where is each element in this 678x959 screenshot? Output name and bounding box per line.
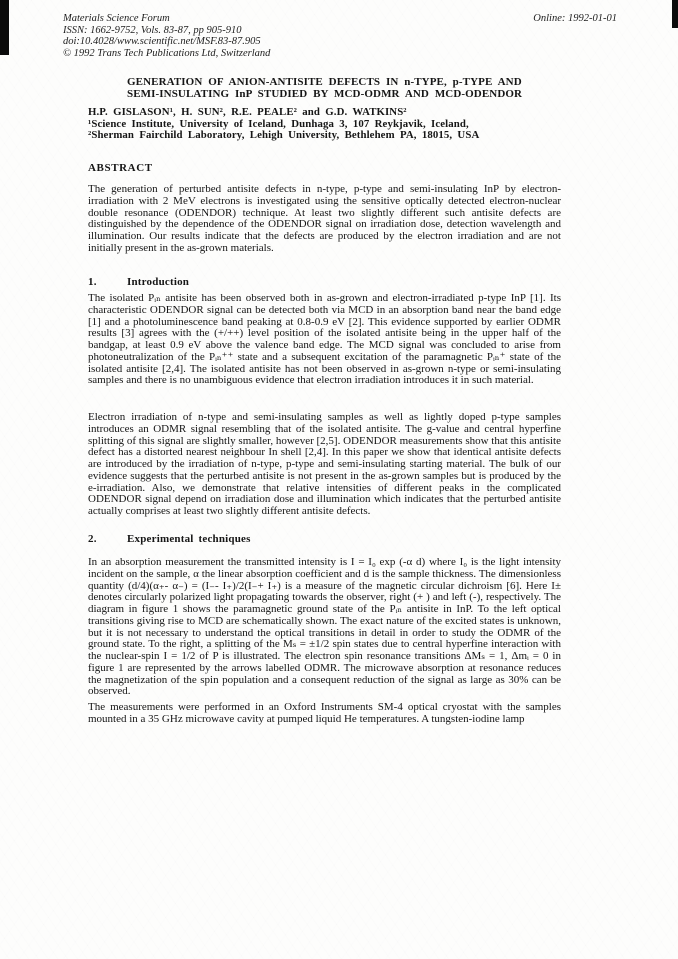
section-2-paragraph-1: In an absorption measurement the transmi… [88,557,561,698]
section-2-paragraph-2: The measurements were performed in an Ox… [88,702,561,726]
paper-title-line2: SEMI-INSULATING InP STUDIED BY MCD-ODMR … [127,89,522,101]
journal-header: Materials Science Forum Online: 1992-01-… [63,13,617,59]
section-2-title: Experimental techniques [127,533,251,545]
abstract-text: The generation of perturbed antisite def… [88,184,561,255]
doi-line: doi:10.4028/www.scientific.net/MSF.83-87… [63,36,617,48]
section-1-paragraph-2: Electron irradiation of n-type and semi-… [88,412,561,518]
issn-line: ISSN: 1662-9752, Vols. 83-87, pp 905-910 [63,25,617,37]
abstract-heading: ABSTRACT [88,162,153,174]
paper-title-line1: GENERATION OF ANION-ANTISITE DEFECTS IN … [127,77,522,89]
online-date: Online: 1992-01-01 [533,13,617,25]
section-1-title: Introduction [127,276,189,288]
section-2-number: 2. [88,533,127,545]
journal-header-row: Materials Science Forum Online: 1992-01-… [63,13,617,25]
journal-title: Materials Science Forum [63,13,170,25]
author-block: H.P. GISLASON¹, H. SUN², R.E. PEALE² and… [88,107,479,142]
scan-corner-mark-top-right [672,0,678,28]
section-1-paragraph-1: The isolated Pᵢₙ antisite has been obser… [88,293,561,387]
copyright-line: © 1992 Trans Tech Publications Ltd, Swit… [63,48,617,60]
section-1-number: 1. [88,276,127,288]
affiliation-2: ²Sherman Fairchild Laboratory, Lehigh Un… [88,130,479,142]
section-2-heading: 2.Experimental techniques [88,533,251,545]
scan-corner-mark-top-left [0,0,9,55]
paper-title: GENERATION OF ANION-ANTISITE DEFECTS IN … [127,77,522,100]
paper-page: Materials Science Forum Online: 1992-01-… [0,0,678,959]
section-1-heading: 1.Introduction [88,276,189,288]
authors-line: H.P. GISLASON¹, H. SUN², R.E. PEALE² and… [88,107,479,119]
